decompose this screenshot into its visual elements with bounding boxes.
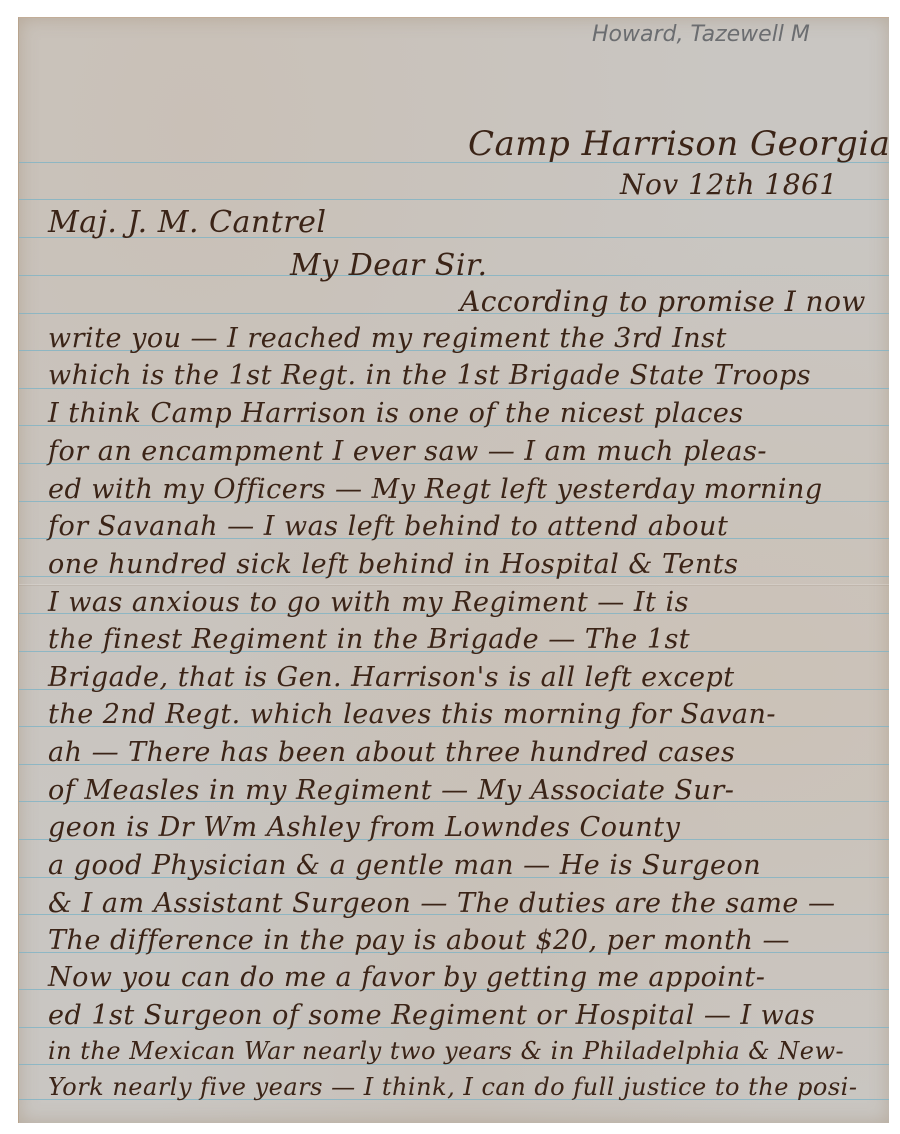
body-line: in the Mexican War nearly two years & in…: [48, 1037, 844, 1065]
body-line: ah — There has been about three hundred …: [48, 737, 735, 768]
body-line: write you — I reached my regiment the 3r…: [48, 323, 727, 354]
body-line: the finest Regiment in the Brigade — The…: [48, 624, 690, 655]
body-line: for an encampment I ever saw — I am much…: [48, 436, 767, 467]
letter-addressee: Maj. J. M. Cantrel: [48, 205, 326, 240]
body-line: Now you can do me a favor by getting me …: [48, 962, 765, 993]
body-line: York nearly five years — I think, I can …: [48, 1073, 857, 1101]
body-line: for Savanah — I was left behind to atten…: [48, 511, 728, 542]
body-line: of Measles in my Regiment — My Associate…: [48, 775, 734, 806]
body-line: one hundred sick left behind in Hospital…: [48, 549, 739, 580]
body-line: I was anxious to go with my Regiment — I…: [48, 587, 689, 618]
letter-place: Camp Harrison Georgia: [468, 124, 890, 164]
catalog-pencil-note: Howard, Tazewell M: [592, 22, 810, 47]
body-line: Brigade, that is Gen. Harrison's is all …: [48, 662, 735, 693]
body-line: I think Camp Harrison is one of the nice…: [48, 398, 744, 429]
letter-salutation: My Dear Sir.: [290, 248, 488, 283]
body-line: which is the 1st Regt. in the 1st Brigad…: [48, 360, 811, 391]
body-line: & I am Assistant Surgeon — The duties ar…: [48, 888, 836, 919]
body-line: ed 1st Surgeon of some Regiment or Hospi…: [48, 1000, 815, 1031]
paper-fold: [19, 584, 889, 586]
body-line: a good Physician & a gentle man — He is …: [48, 850, 761, 881]
body-line: geon is Dr Wm Ashley from Lowndes County: [48, 812, 680, 843]
body-line: the 2nd Regt. which leaves this morning …: [48, 699, 776, 730]
body-line: The difference in the pay is about $20, …: [48, 925, 790, 956]
body-line: ed with my Officers — My Regt left yeste…: [48, 474, 823, 505]
letter-date: Nov 12th 1861: [620, 168, 838, 201]
body-line: According to promise I now: [460, 285, 866, 318]
